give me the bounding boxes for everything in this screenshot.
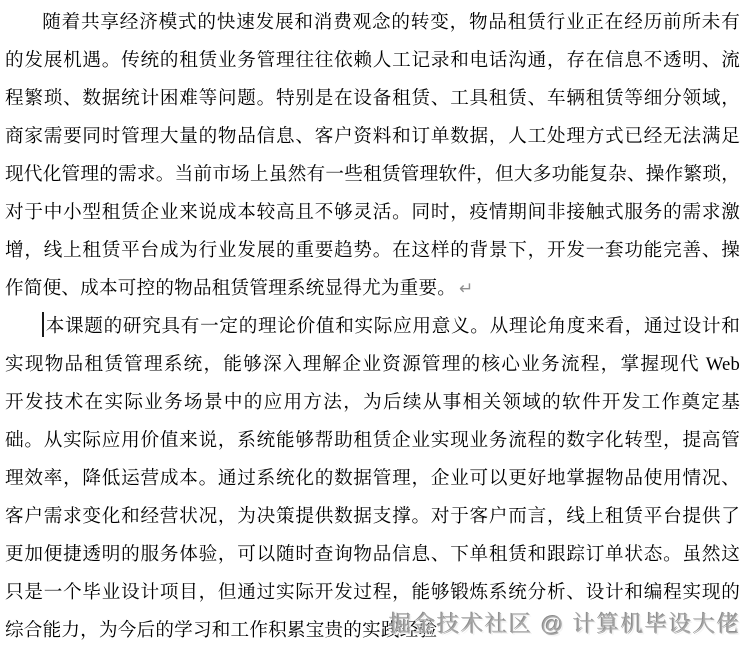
text-line: 商家需要同时管理大量的物品信息、客户资料和订单数据，人工处理方式已经无法满足 bbox=[5, 118, 740, 156]
text-line: 本课题的研究具有一定的理论价值和实际应用意义。从理论角度来看，通过设计和 bbox=[5, 308, 740, 346]
text-line: 作简便、成本可控的物品租赁管理系统显得尤为重要。↵ bbox=[5, 270, 740, 308]
paragraph-1: 随着共享经济模式的快速发展和消费观念的转变，物品租赁行业正在经历前所未有 的发展… bbox=[5, 4, 740, 308]
text-line: 开发技术在实际业务场景中的应用方法，为后续从事相关领域的软件开发工作奠定基 bbox=[5, 384, 740, 422]
watermark: 掘金技术社区 @ 计算机毕设大佬 bbox=[389, 607, 741, 639]
text-cursor bbox=[42, 312, 44, 337]
text-line: 现代化管理的需求。当前市场上虽然有一些租赁管理软件，但大多功能复杂、操作繁琐， bbox=[5, 156, 740, 194]
text-line: 础。从实际应用价值来说，系统能够帮助租赁企业实现业务流程的数字化转型，提高管 bbox=[5, 422, 740, 460]
paragraph-return-mark-icon: ↵ bbox=[459, 279, 473, 299]
text-line-content: 作简便、成本可控的物品租赁管理系统显得尤为重要。 bbox=[5, 278, 456, 299]
paragraph-2: 本课题的研究具有一定的理论价值和实际应用意义。从理论角度来看，通过设计和 实现物… bbox=[5, 308, 740, 646]
text-line: 实现物品租赁管理系统，能够深入理解企业资源管理的核心业务流程，掌握现代 Web bbox=[5, 346, 740, 384]
text-line: 随着共享经济模式的快速发展和消费观念的转变，物品租赁行业正在经历前所未有 bbox=[5, 4, 740, 42]
text-line: 对于中小型租赁企业来说成本较高且不够灵活。同时，疫情期间非接触式服务的需求激 bbox=[5, 194, 740, 232]
text-line: 程繁琐、数据统计困难等问题。特别是在设备租赁、工具租赁、车辆租赁等细分领域， bbox=[5, 80, 740, 118]
text-line: 客户需求变化和经营状况，为决策提供数据支撑。对于客户而言，线上租赁平台提供了 bbox=[5, 498, 740, 536]
text-line: 的发展机遇。传统的租赁业务管理往往依赖人工记录和电话沟通，存在信息不透明、流 bbox=[5, 42, 740, 80]
text-line: 理效率，降低运营成本。通过系统化的数据管理，企业可以更好地掌握物品使用情况、 bbox=[5, 460, 740, 498]
document-page[interactable]: 随着共享经济模式的快速发展和消费观念的转变，物品租赁行业正在经历前所未有 的发展… bbox=[0, 0, 745, 646]
text-line: 增，线上租赁平台成为行业发展的重要趋势。在这样的背景下，开发一套功能完善、操 bbox=[5, 232, 740, 270]
text-line: 更加便捷透明的服务体验，可以随时查询物品信息、下单租赁和跟踪订单状态。虽然这 bbox=[5, 536, 740, 574]
text-line-content: 本课题的研究具有一定的理论价值和实际应用意义。从理论角度来看，通过设计和 bbox=[45, 316, 740, 337]
